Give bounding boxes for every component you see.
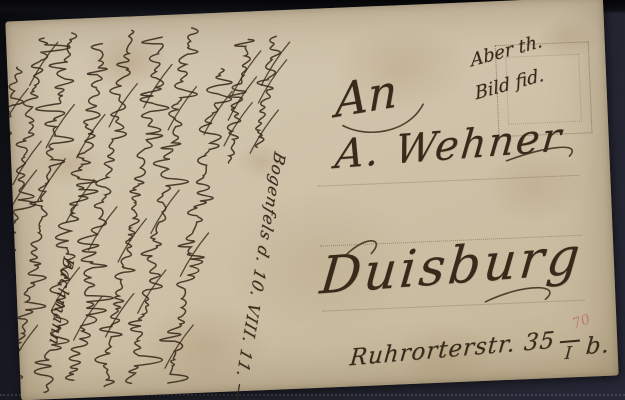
handwriting-stroke [87,207,119,250]
handwriting-stroke [226,77,258,120]
address-city: Duisburg [317,227,585,307]
handwriting-stroke [248,110,280,153]
handwriting-stroke [5,184,14,227]
handwriting-stroke [82,37,181,387]
handwriting-stroke [8,325,40,368]
message-signature: Bachmann [45,255,77,348]
handwriting-stroke [104,294,136,337]
handwriting-stroke [142,64,174,107]
address-ruling-line [317,175,579,187]
handwriting-stroke [44,105,76,148]
handwriting-stroke [21,43,121,392]
handwriting-stroke [163,325,195,368]
handwriting-stroke [179,233,211,276]
handwriting-stroke [11,141,43,184]
postcard-content: Aber th. Bild fid. An A. Wehner Duisburg… [5,0,618,400]
handwriting-stroke [251,36,284,147]
handwriting-stroke [5,37,78,256]
handwriting-stroke [149,190,181,233]
handwriting-stroke [5,67,35,385]
street-floor: I [558,340,580,365]
handwriting-stroke [202,91,234,134]
address-street: Ruhrorterstr. 35Ib. [349,323,612,372]
postcard: Aber th. Bild fid. An A. Wehner Duisburg… [5,0,618,400]
address-salutation: An [335,63,397,128]
handwriting-stroke [72,297,104,340]
street-name-number: Ruhrorterstr. 35 [349,328,557,372]
message-dateline: Bogenfels d. 10. VIII. 11. — [229,149,289,400]
handwriting-stroke [28,42,60,85]
handwriting-stroke [149,68,245,383]
handwriting-stroke [166,87,198,130]
street-suffix: b. [585,332,611,360]
handwriting-stroke [116,219,148,262]
handwriting-stroke [223,39,259,163]
handwriting-stroke [260,42,292,85]
handwriting-stroke [35,159,67,202]
handwriting-stroke [222,103,254,146]
handwriting-stroke [107,84,139,127]
handwriting-stroke [136,270,168,313]
postcard-scan: { "scene": { "description": "Scanned bac… [0,0,625,400]
handwriting-stroke [231,51,263,94]
address-recipient: A. Wehner [333,114,565,178]
handwriting-stroke [75,115,107,158]
handwriting-stroke [64,180,96,223]
handwriting-stroke [7,170,39,213]
handwriting-stroke [257,60,289,103]
handwriting-stroke [111,28,212,384]
handwriting-stroke [5,88,30,131]
